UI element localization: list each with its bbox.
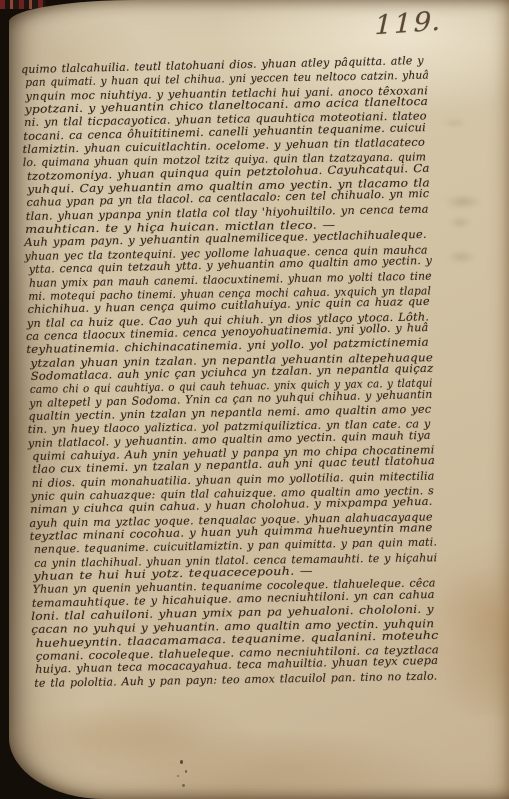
show-through-smudge [439,244,483,270]
ink-speck [180,760,183,764]
ink-speck [182,784,185,787]
show-through-smudge [435,188,491,234]
manuscript-photo: 119. quimo tlalcahuilia. teutl tlatohuan… [0,0,509,799]
manuscript-text: quimo tlalcahuilia. teutl tlatohuani dio… [23,55,446,690]
ink-speck [185,770,187,773]
manuscript-page: 119. quimo tlalcahuilia. teutl tlatohuan… [9,0,509,799]
ink-speck [177,775,179,777]
page-number: 119. [371,6,449,42]
show-through-smudge [437,116,473,130]
